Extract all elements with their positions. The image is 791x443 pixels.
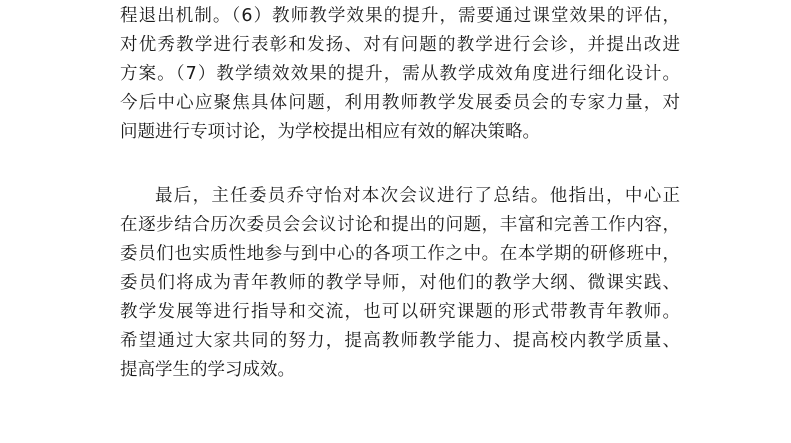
text-line: 方案。（7）教学绩效效果的提升，需从教学成效角度进行细化设计。 xyxy=(120,64,680,84)
document-page: 程退出机制。（6）教师教学效果的提升，需要通过课堂效果的评估， 对优秀教学进行表… xyxy=(0,0,791,443)
text-line: 最后，主任委员乔守怡对本次会议进行了总结。他指出，中心正 xyxy=(155,186,680,206)
text-line: 问题进行专项讨论，为学校提出相应有效的解决策略。 xyxy=(120,122,540,142)
text-line: 对优秀教学进行表彰和发扬、对有问题的教学进行会诊，并提出改进 xyxy=(120,35,680,55)
text-line: 教学发展等进行指导和交流，也可以研究课题的形式带教青年教师。 xyxy=(120,302,680,322)
text-line: 委员们也实质性地参与到中心的各项工作之中。在本学期的研修班中， xyxy=(120,244,680,264)
text-line: 委员们将成为青年教师的教学导师，对他们的教学大纲、微课实践、 xyxy=(120,273,680,293)
text-line: 提高学生的学习成效。 xyxy=(120,360,295,380)
text-line: 今后中心应聚焦具体问题，利用教师教学发展委员会的专家力量，对 xyxy=(120,93,680,113)
text-line: 程退出机制。（6）教师教学效果的提升，需要通过课堂效果的评估， xyxy=(120,6,680,26)
text-line: 希望通过大家共同的努力，提高教师教学能力、提高校内教学质量、 xyxy=(120,331,680,351)
text-line: 在逐步结合历次委员会会议讨论和提出的问题，丰富和完善工作内容， xyxy=(120,215,680,235)
